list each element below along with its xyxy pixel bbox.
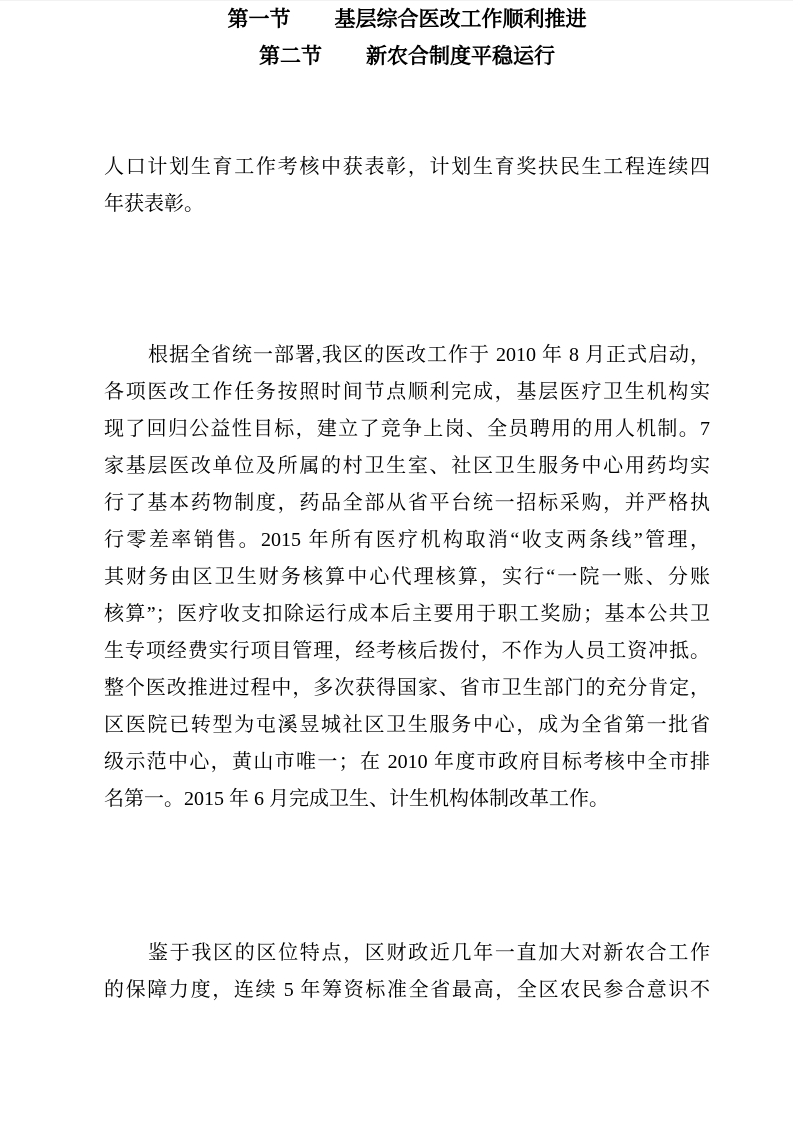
section-1-number: 第一节 [228, 7, 291, 31]
text-line: 级示范中心，黄山市唯一；在 2010 年度市政府目标考核中全市排 [104, 744, 710, 781]
section-2-title: 新农合制度平稳运行 [366, 44, 555, 68]
section-2-paragraph: 鉴于我区的区位特点，区财政近几年一直加大对新农合工作 的保障力度，连续 5 年筹… [104, 935, 710, 1009]
intro-paragraph: 人口计划生育工作考核中获表彰，计划生育奖扶民生工程连续四 年获表彰。 [104, 149, 710, 223]
text-line: 根据全省统一部署,我区的医改工作于 2010 年 8 月正式启动， [104, 337, 710, 374]
section-2-number: 第二节 [259, 44, 322, 68]
text-line: 年获表彰。 [104, 186, 710, 223]
text-line: 现了回归公益性目标，建立了竞争上岗、全员聘用的用人机制。7 [104, 411, 710, 448]
text-line: 名第一。2015 年 6 月完成卫生、计生机构体制改革工作。 [104, 781, 710, 818]
section-1-heading: 第一节基层综合医改工作顺利推进 [104, 1, 710, 38]
text-line: 鉴于我区的区位特点，区财政近几年一直加大对新农合工作 [104, 935, 710, 972]
text-line: 各项医改工作任务按照时间节点顺利完成，基层医疗卫生机构实 [104, 374, 710, 411]
text-line: 行了基本药物制度，药品全部从省平台统一招标采购，并严格执 [104, 485, 710, 522]
text-line: 家基层医改单位及所属的村卫生室、社区卫生服务中心用药均实 [104, 448, 710, 485]
text-line: 行零差率销售。2015 年所有医疗机构取消“收支两条线”管理， [104, 522, 710, 559]
text-line: 区医院已转型为屯溪昱城社区卫生服务中心，成为全省第一批省 [104, 707, 710, 744]
document-page: 人口计划生育工作考核中获表彰，计划生育奖扶民生工程连续四 年获表彰。 第一节基层… [0, 0, 793, 1122]
section-1-paragraph: 根据全省统一部署,我区的医改工作于 2010 年 8 月正式启动， 各项医改工作… [104, 337, 710, 818]
text-line: 整个医改推进过程中，多次获得国家、省市卫生部门的充分肯定， [104, 670, 710, 707]
text-line: 其财务由区卫生财务核算中心代理核算，实行“一院一账、分账 [104, 559, 710, 596]
section-2-heading: 第二节新农合制度平稳运行 [104, 38, 710, 75]
text-line: 核算”；医疗收支扣除运行成本后主要用于职工奖励；基本公共卫 [104, 596, 710, 633]
text-line: 生专项经费实行项目管理，经考核后拨付，不作为人员工资冲抵。 [104, 633, 710, 670]
text-line: 的保障力度，连续 5 年筹资标准全省最高，全区农民参合意识不 [104, 972, 710, 1009]
section-1-title: 基层综合医改工作顺利推进 [335, 7, 587, 31]
page-content: 人口计划生育工作考核中获表彰，计划生育奖扶民生工程连续四 年获表彰。 第一节基层… [104, 1, 710, 75]
text-line: 人口计划生育工作考核中获表彰，计划生育奖扶民生工程连续四 [104, 149, 710, 186]
